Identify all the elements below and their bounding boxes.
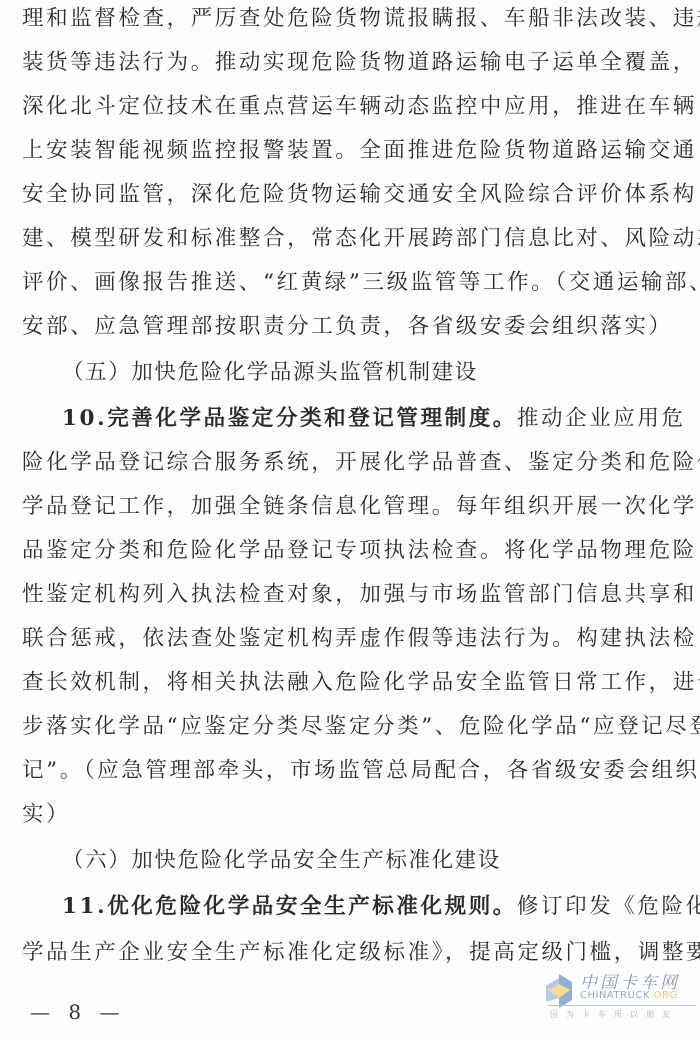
paragraph-line: 理和监督检查，严厉查处危险货物谎报瞒报、车船非法改装、违规 (22, 4, 682, 34)
item-11-title: 11.优化危险化学品安全生产标准化规则。 (62, 894, 517, 919)
paragraph-line: 联合惩戒，依法查处鉴定机构弄虚作假等违法行为。构建执法检 (22, 624, 682, 654)
paragraph-line: 建、模型研发和标准整合，常态化开展跨部门信息比对、风险动态 (22, 224, 682, 254)
paragraph-line: 实） (22, 800, 682, 830)
section-heading-5: （五）加快危险化学品源头监管机制建设 (62, 358, 700, 388)
chinatruck-watermark: 中国卡车网 CHINATRUCK.ORG 因为卡车所以朋友 (540, 968, 700, 1028)
paragraph-line: 品鉴定分类和危险化学品登记专项执法检查。将化学品物理危险 (22, 536, 682, 566)
watermark-tagline: 因为卡车所以朋友 (550, 1009, 678, 1020)
paragraph-line: 评价、画像报告推送、“红黄绿”三级监管等工作。（交通运输部、公 (22, 268, 682, 298)
item-10-first-line: 10.完善化学品鉴定分类和登记管理制度。推动企业应用危 (62, 404, 700, 434)
section-heading-6: （六）加快危险化学品安全生产标准化建设 (62, 846, 700, 876)
paragraph-line: 性鉴定机构列入执法检查对象，加强与市场监管部门信息共享和 (22, 580, 682, 610)
paragraph-line: 记”。（应急管理部牵头，市场监管总局配合，各省级安委会组织落 (22, 756, 682, 786)
paragraph-line: 装货等违法行为。推动实现危险货物道路运输电子运单全覆盖， (22, 48, 682, 78)
document-page: 理和监督检查，严厉查处危险货物谎报瞒报、车船非法改装、违规 装货等违法行为。推动… (0, 0, 700, 1040)
paragraph-line: 险化学品登记综合服务系统，开展化学品普查、鉴定分类和危险化 (22, 448, 682, 478)
paragraph-line: 安全协同监管，深化危险货物运输交通安全风险综合评价体系构 (22, 180, 682, 210)
paragraph-line: 步落实化学品“应鉴定分类尽鉴定分类”、危险化学品“应登记尽登 (22, 712, 682, 742)
item-11-first-line: 11.优化危险化学品安全生产标准化规则。修订印发《危险化 (62, 892, 700, 922)
paragraph-line: 学品生产企业安全生产标准化定级标准》，提高定级门槛，调整要 (22, 938, 682, 968)
paragraph-line: 上安装智能视频监控报警装置。全面推进危险货物道路运输交通 (22, 136, 682, 166)
item-10-text: 推动企业应用危 (517, 406, 686, 431)
paragraph-line: 查长效机制，将相关执法融入危险化学品安全监管日常工作，进一 (22, 668, 682, 698)
paragraph-line: 学品登记工作，加强全链条信息化管理。每年组织开展一次化学 (22, 492, 682, 522)
paragraph-line: 深化北斗定位技术在重点营运车辆动态监控中应用，推进在车辆 (22, 92, 682, 122)
item-10-title: 10.完善化学品鉴定分类和登记管理制度。 (62, 406, 517, 431)
watermark-divider (548, 1005, 696, 1006)
paragraph-line: 安部、应急管理部按职责分工负责，各省级安委会组织落实） (22, 312, 682, 342)
page-number: — 8 — (30, 1000, 125, 1024)
item-11-text: 修订印发《危险化 (517, 894, 700, 919)
watermark-name-en: CHINATRUCK.ORG (580, 990, 678, 1001)
